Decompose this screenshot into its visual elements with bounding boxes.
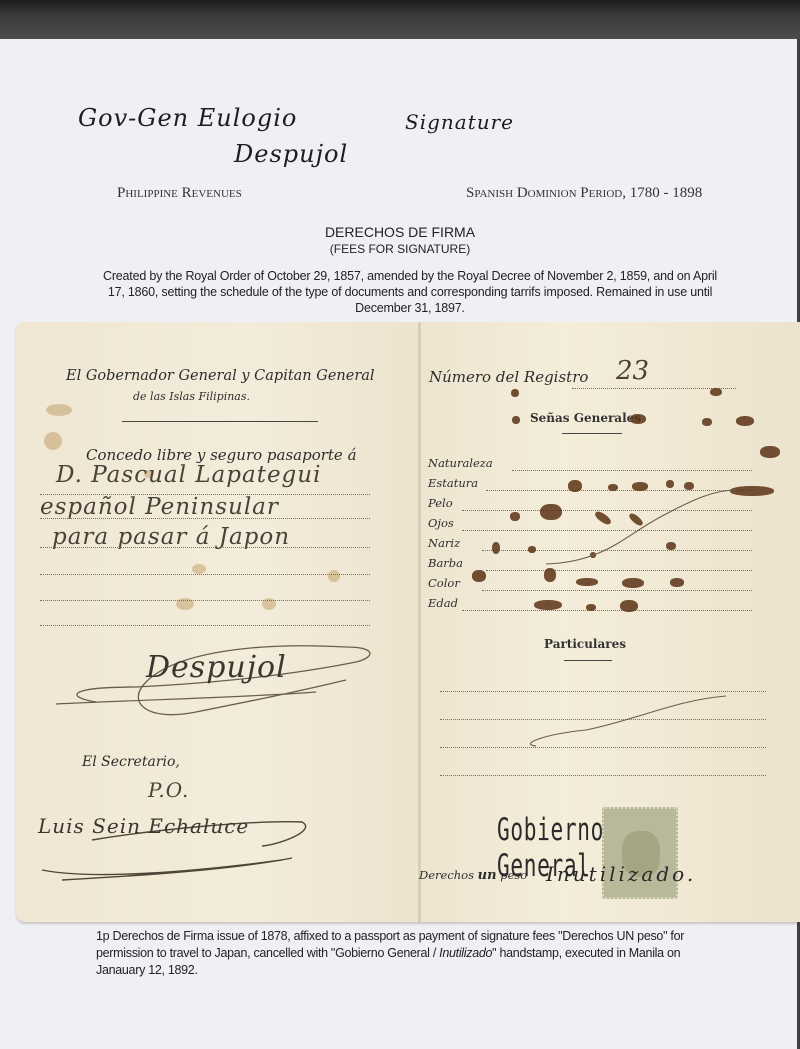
ink-blot — [510, 512, 520, 521]
handwritten-note-title: Gov-Gen Eulogio — [78, 104, 297, 132]
page-title: DERECHOS DE FIRMA — [0, 224, 800, 240]
field-barba: Barba — [428, 556, 463, 570]
heading-divider — [122, 421, 318, 422]
secretary-signature: Luis Sein Echaluce — [38, 814, 249, 838]
foxing-stain — [46, 404, 72, 416]
section-divider — [564, 660, 612, 661]
field-pelo: Pelo — [428, 496, 453, 510]
caption: 1p Derechos de Firma issue of 1878, affi… — [96, 928, 726, 979]
ink-blot — [630, 414, 646, 424]
section-particulares: Particulares — [544, 637, 626, 651]
secretary-label: El Secretario, — [82, 754, 180, 770]
passport-document: El Gobernador General y Capitan General … — [16, 322, 800, 922]
handwritten-nationality: español Peninsular — [40, 494, 279, 520]
section-senas-generales: Señas Generales — [530, 411, 641, 425]
handwritten-note-name: Despujol — [234, 140, 348, 168]
dotted-line — [440, 691, 766, 692]
ink-blot — [760, 446, 780, 458]
fee-suffix: peso — [500, 868, 527, 882]
ink-blot — [736, 416, 754, 426]
page-fold — [418, 322, 421, 922]
page-subtitle: (FEES FOR SIGNATURE) — [0, 242, 800, 256]
field-estatura: Estatura — [428, 476, 478, 490]
field-ojos: Ojos — [428, 516, 454, 530]
ink-blot — [534, 600, 562, 610]
handstamp-inutilizado: Inutilizado. — [546, 862, 696, 886]
ink-blot — [710, 388, 722, 396]
dotted-line — [40, 518, 370, 519]
dotted-line — [40, 600, 370, 601]
handwritten-note-signature: Signature — [405, 110, 514, 134]
field-color: Color — [428, 576, 460, 590]
scanner-top-band — [0, 0, 800, 39]
dotted-line — [40, 547, 370, 548]
ink-blot — [576, 578, 598, 586]
fee-text: Derechos un peso — [419, 868, 527, 883]
ink-blot — [492, 542, 500, 554]
field-edad: Edad — [428, 596, 458, 610]
strike-through-line — [546, 484, 746, 574]
foxing-stain — [328, 570, 340, 582]
issuer-subheading: de las Islas Filipinas. — [133, 390, 250, 403]
dotted-line — [482, 590, 752, 591]
ink-blot — [472, 570, 486, 582]
ink-blot — [586, 604, 596, 611]
ink-blot — [528, 546, 536, 553]
header-right: Spanish Dominion Period, 1780 - 1898 — [466, 185, 702, 202]
dotted-line — [512, 470, 752, 471]
caption-italic: Inutilizado — [439, 946, 492, 960]
field-nariz: Nariz — [428, 536, 460, 550]
ink-blot — [622, 578, 644, 588]
header-left: Philippine Revenues — [117, 185, 242, 202]
ink-blot — [511, 389, 519, 397]
secretary-po: P.O. — [148, 778, 189, 802]
strike-through-line — [526, 694, 726, 754]
dotted-line — [440, 775, 766, 776]
field-naturaleza: Naturaleza — [428, 456, 493, 470]
dotted-line — [40, 574, 370, 575]
foxing-stain — [44, 432, 62, 450]
registry-number: 23 — [616, 356, 649, 386]
foxing-stain — [192, 564, 206, 574]
fee-amount: un — [478, 868, 497, 883]
ink-blot — [702, 418, 712, 426]
intro-paragraph: Created by the Royal Order of October 29… — [100, 268, 720, 316]
dotted-line — [462, 610, 752, 611]
section-divider — [562, 433, 622, 434]
ink-blot — [512, 416, 520, 424]
handwritten-bearer-name: D. Pascual Lapategui — [56, 462, 321, 488]
registry-label: Número del Registro — [429, 368, 588, 386]
dotted-line — [40, 625, 370, 626]
issuer-heading: El Gobernador General y Capitan General — [66, 368, 375, 384]
fee-prefix: Derechos — [419, 868, 474, 882]
governor-signature: Despujol — [146, 650, 287, 685]
ink-blot — [620, 600, 638, 612]
ink-blot — [670, 578, 684, 587]
